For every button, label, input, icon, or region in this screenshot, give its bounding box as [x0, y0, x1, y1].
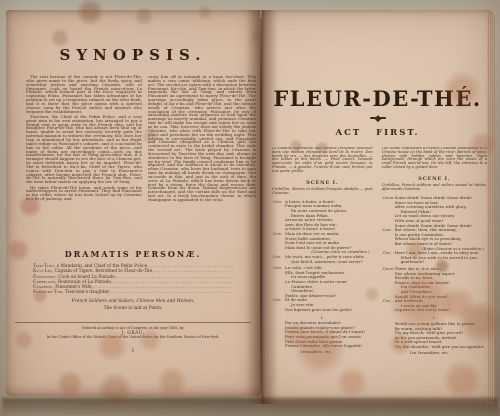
scene-direction-english: Corbillon, French soldiers and sailors s…: [382, 184, 487, 192]
verse-text: Prenez l'absinthe, elle ouvre l'appétit!: [285, 343, 362, 348]
verse-line: Que faut-il, messieurs, vous servir?: [272, 260, 373, 265]
stage-direction-french: Le théâtre représente une cantine frança…: [272, 147, 373, 174]
verse-text: I.: [433, 315, 436, 320]
verse-text: Liquors to suit every taste!: [395, 307, 450, 312]
verse-text: Try the absinthe; 'twill give you an app…: [395, 344, 485, 349]
english-column: The scene represents a French Canteen es…: [382, 147, 487, 369]
synopsis-column-2: carry him off in triumph in a huge tea-c…: [148, 75, 256, 243]
stage-direction-english: The scene represents a French Canteen es…: [382, 147, 487, 170]
synopsis-paragraph: He takes Fleur-de-Thé home, and sends so…: [26, 186, 142, 201]
verse-line: Des liqueurs pour tous les goûts!: [272, 308, 373, 313]
left-page: SYNOPSIS. The real heroine of the comedy…: [6, 10, 260, 396]
verse-line: gentlemen?: [382, 260, 487, 265]
synopsis-column-1: The real heroine of the comedy is not Fl…: [26, 75, 142, 243]
verse-text: But whose heart is of stone?: [395, 241, 453, 246]
copyright-notice: Entered according to Act of Congress, in…: [6, 326, 260, 340]
title-ornament-icon: [370, 117, 386, 119]
binding-thread: [260, 18, 262, 394]
verses-english: Chor.Some drink! Some drink! Some drink!…: [382, 196, 487, 355]
synopsis-paragraph: carry him off in triumph in a huge tea-c…: [148, 75, 256, 202]
cast-description: , Tien-tien's daughter,: [62, 290, 110, 295]
dramatis-personae-heading: DRAMATIS PERSONÆ.: [6, 249, 260, 259]
scene-heading-english: SCENE I.: [382, 176, 487, 182]
footer-rule: [15, 322, 251, 323]
verse-line: Vivandière, etc.: [272, 350, 373, 355]
synopsis-columns: The real heroine of the comedy is not Fl…: [26, 75, 256, 243]
cast-name: Fleur-de-Thé: [33, 290, 62, 295]
scene-location-note: The Scene is laid at Pekin.: [6, 306, 260, 311]
synopsis-title: SYNOPSIS.: [6, 46, 260, 64]
verse-text: I'm Vivandière, etc.: [410, 350, 450, 355]
verse-text: Que faut-il, messieurs, vous servir?: [291, 259, 363, 264]
verse-text: I.: [321, 315, 324, 320]
scene-heading-french: SCÈNE I.: [272, 180, 373, 186]
verse-text: gentlemen?: [401, 259, 425, 264]
verse-line: Liquors to suit every taste!: [382, 308, 487, 313]
leader-dots: ........................................…: [110, 290, 233, 295]
libretto-columns: Le théâtre représente une cantine frança…: [272, 147, 487, 369]
verse-text: Des liqueurs pour tous les goûts!: [285, 307, 352, 312]
verses-french: Cho.A boire, à boire, à boire!Puisque no…: [272, 200, 373, 355]
page-edge: [487, 14, 495, 404]
synopsis-paragraph: The real heroine of the comedy is not Fl…: [26, 75, 142, 113]
cast-row: Fleur-de-Thé, Tien-tien's daughter,.....…: [33, 290, 233, 295]
act-heading: ACT FIRST.: [262, 128, 493, 138]
scene-direction-french: Corbillon, Marins et Soldats Français at…: [272, 188, 373, 196]
book-bottom-shadow: [2, 398, 498, 416]
page-number: 1: [6, 349, 260, 354]
synopsis-paragraph: Tien-tien, the Chief of the Pekin Police…: [26, 115, 142, 184]
cast-list: Tien-Tien, a Mandarin, and Chief of the …: [33, 264, 233, 296]
verse-text: Mais dont le cœur est de pierre?: [285, 245, 351, 250]
book-photo: SYNOPSIS. The real heroine of the comedy…: [0, 0, 500, 416]
verse-line: I'm Vivandière, etc.: [382, 351, 487, 356]
copyright-line: In the Clerk's Office of the District Co…: [6, 335, 260, 340]
play-title: FLEUR-DE-THÉ.: [262, 86, 493, 111]
extras-note: French Soldiers and Sailors, Chinese Men…: [6, 299, 260, 304]
right-page: FLEUR-DE-THÉ. ACT FIRST. Le théâtre repr…: [262, 10, 493, 404]
french-column: Le théâtre représente une cantine frança…: [272, 147, 373, 369]
verse-text: Vivandière, etc.: [300, 349, 332, 354]
